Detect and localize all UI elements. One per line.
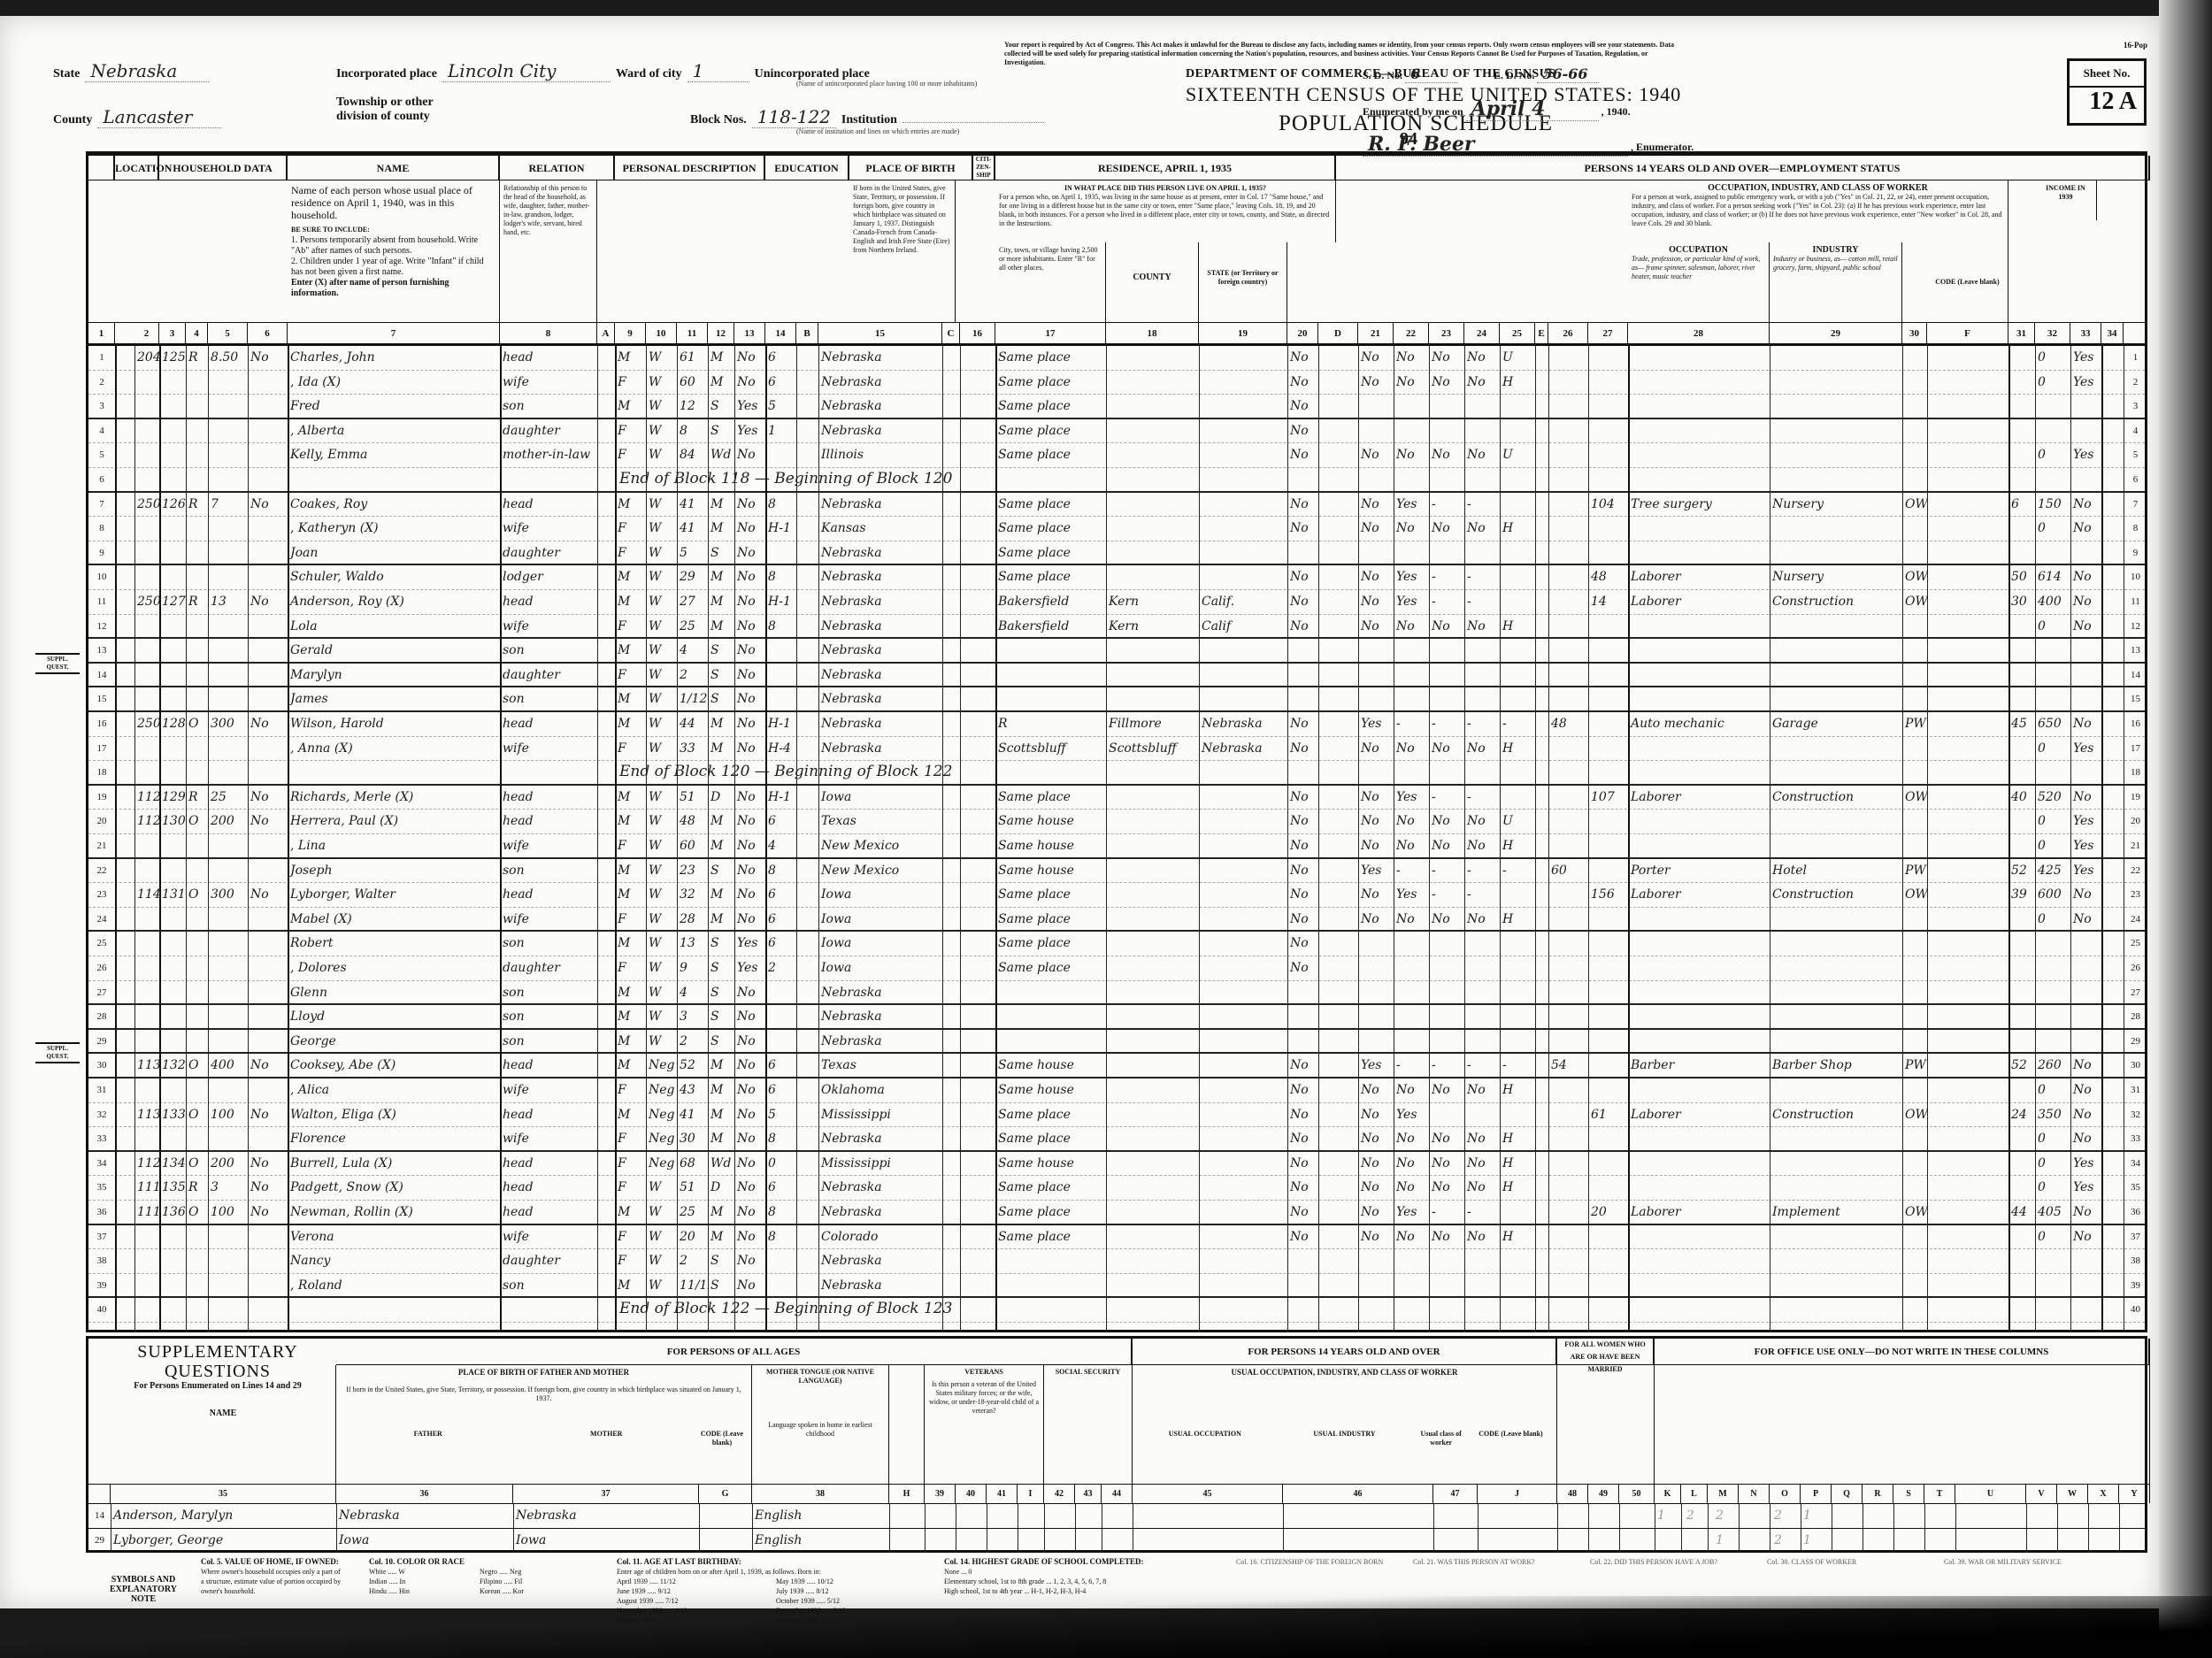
cell-oth — [2070, 1005, 2101, 1028]
cell-res: Same place — [995, 517, 1106, 541]
cell-c22: - — [1394, 859, 1429, 883]
cell-codeE — [1535, 468, 1548, 491]
cell-occ — [1628, 541, 1770, 564]
column-divider — [2035, 346, 2036, 1332]
cell-street — [115, 1201, 134, 1224]
cell-cls — [1902, 1078, 1927, 1102]
cell-house: 1136 — [134, 1054, 159, 1077]
cell-codeE — [1535, 932, 1548, 956]
cell-hrs — [1588, 468, 1628, 491]
cell-occ — [1628, 517, 1770, 541]
cell-county — [1106, 908, 1199, 931]
cell-birth: Nebraska — [818, 737, 942, 761]
cell-wkd — [1548, 639, 1588, 662]
line-number: 40 — [88, 1298, 115, 1322]
cell-race: W — [646, 1249, 677, 1273]
scan-shadow — [0, 1596, 2212, 1658]
cell-birth: Nebraska — [818, 1249, 942, 1273]
column-divider — [1628, 346, 1630, 1332]
cell-farm: No — [248, 1103, 288, 1127]
cell-farm35 — [1287, 1005, 1318, 1028]
cell-own: R — [186, 1176, 208, 1200]
cell-inc: 0 — [2035, 517, 2070, 541]
cell-farm35: No — [1287, 395, 1318, 418]
cell-grade: 8 — [765, 493, 796, 517]
cell-farm: No — [248, 786, 288, 810]
column-divider — [1832, 1504, 1832, 1528]
cell-farm — [248, 1127, 288, 1150]
cell-race: W — [646, 859, 677, 883]
cell-value — [208, 541, 248, 564]
cell-c21 — [1358, 1249, 1394, 1273]
sd-value: 6 — [1405, 65, 1458, 83]
cell-c22: No — [1394, 1078, 1429, 1102]
supp-row: 14Anderson, MarylynNebraskaNebraskaEngli… — [88, 1503, 2145, 1528]
cell-rel: head — [500, 1103, 597, 1127]
column-divider — [2057, 1504, 2058, 1528]
cell-codeD — [1318, 1030, 1358, 1053]
column-divider — [2026, 1529, 2027, 1553]
cell-age: 3 — [677, 1005, 708, 1028]
cell-farmsched — [2101, 956, 2124, 980]
line-number: 18 — [88, 761, 115, 784]
cell-ind — [1770, 395, 1902, 418]
cell-res — [995, 1274, 1106, 1297]
supp-social-security-header: SOCIAL SECURITY — [1044, 1365, 1133, 1484]
cell-county — [1106, 443, 1199, 467]
cell-sex: F — [615, 664, 646, 687]
cell-c24 — [1464, 761, 1500, 784]
cell-birth: Mississippi — [818, 1152, 942, 1176]
line-number: 16 — [2124, 712, 2147, 736]
cell-codeF — [1927, 1249, 2008, 1273]
cell-oth — [2070, 981, 2101, 1004]
column-divider — [2119, 1529, 2120, 1553]
cell-mar: S — [708, 956, 734, 980]
cell-occ — [1628, 1030, 1770, 1053]
column-number: 8 — [500, 323, 597, 344]
cell-c25 — [1500, 565, 1535, 589]
cell-wkd — [1548, 1127, 1588, 1150]
cell-rel: head — [500, 810, 597, 833]
cell-mar: M — [708, 493, 734, 517]
cell-hrs — [1588, 1249, 1628, 1273]
cell-own: O — [186, 1103, 208, 1127]
cell-name: , Anna (X) — [288, 737, 500, 761]
cell-own — [186, 419, 208, 443]
cell-sex: F — [615, 1078, 646, 1102]
cell-rel: daughter — [500, 664, 597, 687]
cell-c23: No — [1429, 810, 1464, 833]
table-row: 3FredsonMW12SYes5NebraskaSame placeNo3 — [88, 395, 2145, 419]
cell-c22 — [1394, 932, 1429, 956]
cell-cit — [960, 908, 995, 931]
cell-cls — [1902, 908, 1927, 931]
cell-farm — [248, 371, 288, 395]
cell-farm: No — [248, 590, 288, 614]
column-number: A — [597, 323, 615, 344]
cell-sch: No — [734, 541, 765, 564]
line-number: 28 — [2124, 1005, 2147, 1028]
cell-farmsched — [2101, 468, 2124, 491]
cell-age: 12 — [677, 395, 708, 418]
cell-c23 — [1429, 932, 1464, 956]
cell-race: W — [646, 1030, 677, 1053]
cell-birth: Nebraska — [818, 1127, 942, 1150]
cell-wk — [2008, 639, 2035, 662]
column-number: F — [1927, 323, 2008, 344]
cell-codeE — [1535, 1298, 1548, 1322]
cell-street — [115, 1005, 134, 1028]
cell-sch: No — [734, 1005, 765, 1028]
cell-hh: 125 — [159, 346, 186, 370]
cell-cls — [1902, 1274, 1927, 1297]
cell-cls — [1902, 395, 1927, 418]
line-number: 17 — [88, 737, 115, 761]
cell-codeB — [796, 1078, 818, 1102]
legend-col21: Col. 21. WAS THIS PERSON AT WORK? — [1413, 1557, 1572, 1567]
cell-oth: Yes — [2070, 737, 2101, 761]
cell-codeA — [597, 834, 615, 857]
cell-codeE — [1535, 956, 1548, 980]
cell-rel: head — [500, 1176, 597, 1200]
cell-sex: M — [615, 712, 646, 736]
cell-codeF — [1927, 908, 2008, 931]
cell-codeD — [1318, 371, 1358, 395]
cell-codeF — [1927, 590, 2008, 614]
cell-codeE — [1535, 859, 1548, 883]
cell-name: Marylyn — [288, 664, 500, 687]
column-number: 1 — [88, 323, 115, 344]
cell-sch: No — [734, 371, 765, 395]
cell-rel: daughter — [500, 1249, 597, 1273]
cell-own — [186, 932, 208, 956]
cell-rel: wife — [500, 737, 597, 761]
cell-wkd — [1548, 1274, 1588, 1297]
cell-inc — [2035, 1249, 2070, 1273]
cell-cit — [960, 956, 995, 980]
cell-race: W — [646, 615, 677, 638]
cell-house — [134, 859, 159, 883]
column-divider — [2026, 1504, 2027, 1528]
cell-farmsched — [2101, 883, 2124, 907]
cell-codeC — [942, 371, 960, 395]
cell-street — [115, 395, 134, 418]
cell-inc — [2035, 639, 2070, 662]
race-code: Hindu ..... Hin — [369, 1586, 462, 1596]
cell-c24: - — [1464, 565, 1500, 589]
cell-birth: Nebraska — [818, 1201, 942, 1224]
cell-race: W — [646, 1274, 677, 1297]
cell-county — [1106, 1201, 1199, 1224]
cell-county — [1106, 565, 1199, 589]
table-row: 10Schuler, WaldolodgerMW29MNo8NebraskaSa… — [88, 565, 2145, 590]
cell-sch: No — [734, 1103, 765, 1127]
cell-c21: Yes — [1358, 712, 1394, 736]
cell-codeE — [1535, 1176, 1548, 1200]
cell-codeA — [597, 1152, 615, 1176]
cell-codeA — [597, 443, 615, 467]
table-row: 14MarylyndaughterFW2SNoNebraska14 — [88, 664, 2145, 688]
group-personal: PERSONAL DESCRIPTION — [615, 156, 765, 180]
cell-farmsched — [2101, 981, 2124, 1004]
cell-codeD — [1318, 1127, 1358, 1150]
cell-own — [186, 468, 208, 491]
cell-house — [134, 639, 159, 662]
column-divider — [1770, 1504, 1770, 1528]
race-code: Korean ..... Kor — [480, 1586, 572, 1596]
cell-hrs — [1588, 1176, 1628, 1200]
cell-cit — [960, 664, 995, 687]
cell-hrs — [1588, 371, 1628, 395]
cell-mar: M — [708, 1225, 734, 1249]
cell-ind: Barber Shop — [1770, 1054, 1902, 1077]
cell-farm35 — [1287, 687, 1318, 710]
cell-mar: S — [708, 1030, 734, 1053]
cell-sch: No — [734, 517, 765, 541]
cell-county — [1106, 1103, 1199, 1127]
cell-birth: Nebraska — [818, 371, 942, 395]
cell-codeA — [597, 1298, 615, 1322]
cell-codeD — [1318, 395, 1358, 418]
column-divider — [1464, 346, 1465, 1332]
cell-farmsched — [2101, 371, 2124, 395]
column-divider — [1588, 1504, 1589, 1528]
cell-codeA — [597, 956, 615, 980]
cell-hh: 135 — [159, 1176, 186, 1200]
cell-codeD — [1318, 834, 1358, 857]
table-row: 5Kelly, Emmamother-in-lawFW84WdNoIllinoi… — [88, 443, 2145, 468]
cell-c21: Yes — [1358, 1054, 1394, 1077]
column-divider — [1044, 1504, 1045, 1528]
cell-sch: No — [734, 1127, 765, 1150]
cell-grade: 4 — [765, 834, 796, 857]
cell-mar: S — [708, 687, 734, 710]
cell-res: Same place — [995, 1103, 1106, 1127]
supp-office-code: 1 — [1801, 1504, 1830, 1528]
line-number: 24 — [88, 908, 115, 931]
line-number: 37 — [88, 1225, 115, 1249]
cell-ind: Construction — [1770, 1103, 1902, 1127]
cell-res: Same place — [995, 346, 1106, 370]
column-divider — [1199, 346, 1200, 1332]
cell-codeE — [1535, 541, 1548, 564]
column-number: 27 — [1588, 323, 1628, 344]
cell-codeD — [1318, 810, 1358, 833]
cell-codeA — [597, 468, 615, 491]
cell-codeE — [1535, 908, 1548, 931]
column-divider — [708, 346, 709, 1332]
column-divider — [1283, 1529, 1284, 1553]
supp-column-number: 43 — [1075, 1484, 1102, 1503]
cell-occ — [1628, 932, 1770, 956]
cell-name: Lola — [288, 615, 500, 638]
column-number: 21 — [1358, 323, 1394, 344]
cell-sex: M — [615, 883, 646, 907]
cell-c21: No — [1358, 1152, 1394, 1176]
cell-res: Same house — [995, 1078, 1106, 1102]
cell-state — [1199, 834, 1287, 857]
cell-farm — [248, 1030, 288, 1053]
group-birth: PLACE OF BIRTH — [849, 156, 973, 180]
cell-codeA — [597, 493, 615, 517]
cell-inc — [2035, 687, 2070, 710]
cell-own — [186, 1127, 208, 1150]
cell-county — [1106, 761, 1199, 784]
cell-own — [186, 981, 208, 1004]
age-code: June 1939 ..... 9/12 — [617, 1586, 758, 1596]
line-number: 38 — [2124, 1249, 2147, 1273]
cell-race: W — [646, 737, 677, 761]
cell-mar: M — [708, 565, 734, 589]
cell-farm — [248, 859, 288, 883]
column-divider — [987, 1504, 987, 1528]
cell-codeF — [1927, 517, 2008, 541]
cell-value — [208, 1298, 248, 1322]
cell-cit — [960, 371, 995, 395]
cell-age: 61 — [677, 346, 708, 370]
cell-res: Same place — [995, 443, 1106, 467]
cell-hrs: 61 — [1588, 1103, 1628, 1127]
cell-birth: Nebraska — [818, 419, 942, 443]
column-divider — [159, 346, 161, 1332]
cell-c24: - — [1464, 1054, 1500, 1077]
cell-cls — [1902, 1176, 1927, 1200]
relation-instructions: Relationship of this person to the head … — [500, 180, 597, 322]
column-divider — [752, 1529, 753, 1553]
line-number: 13 — [2124, 639, 2147, 662]
line-number: 39 — [2124, 1274, 2147, 1297]
cell-ind — [1770, 468, 1902, 491]
line-number: 35 — [2124, 1176, 2147, 1200]
cell-own — [186, 834, 208, 857]
cell-inc: 425 — [2035, 859, 2070, 883]
cell-house: 1117 — [134, 1176, 159, 1200]
column-number: 13 — [734, 323, 765, 344]
district-numbers: S. D. No. 6 E. D. No. 56-66 — [1363, 65, 1599, 83]
cell-street — [115, 1078, 134, 1102]
line-number: 25 — [88, 932, 115, 956]
column-divider — [1535, 346, 1536, 1332]
cell-sex: M — [615, 639, 646, 662]
cell-value: 200 — [208, 810, 248, 833]
cell-c21: No — [1358, 371, 1394, 395]
cell-rel: head — [500, 346, 597, 370]
table-row: 191122129R25NoRichards, Merle (X)headMW5… — [88, 786, 2145, 810]
cell-own — [186, 664, 208, 687]
supp-row: 29Lyborger, GeorgeIowaIowaEnglish121 — [88, 1528, 2145, 1553]
table-row: 17, Anna (X)wifeFW33MNoH-4NebraskaScotts… — [88, 737, 2145, 762]
line-number: 5 — [88, 443, 115, 467]
supp-father-birthplace: Iowa — [336, 1529, 513, 1553]
cell-sch: No — [734, 664, 765, 687]
cell-res: Same house — [995, 1054, 1106, 1077]
cell-c25 — [1500, 1249, 1535, 1273]
cell-value — [208, 1030, 248, 1053]
code-header: CODE (Leave blank) — [1927, 242, 2008, 322]
cell-birth: Nebraska — [818, 981, 942, 1004]
cell-codeF — [1927, 346, 2008, 370]
supp-office-code: 1 — [1655, 1504, 1684, 1528]
cell-cit — [960, 1078, 995, 1102]
cell-wk — [2008, 1030, 2035, 1053]
cell-farm — [248, 761, 288, 784]
cell-c22: No — [1394, 908, 1429, 931]
cell-county — [1106, 1030, 1199, 1053]
supp-column-number: 45 — [1133, 1484, 1283, 1503]
cell-codeE — [1535, 1201, 1548, 1224]
cell-c25: H — [1500, 1225, 1535, 1249]
cell-codeA — [597, 883, 615, 907]
cell-codeC — [942, 908, 960, 931]
cell-street — [115, 1274, 134, 1297]
cell-codeD — [1318, 517, 1358, 541]
cell-farm35: No — [1287, 1054, 1318, 1077]
cell-ind — [1770, 419, 1902, 443]
cell-c22: Yes — [1394, 883, 1429, 907]
cell-value — [208, 834, 248, 857]
cell-c23: No — [1429, 737, 1464, 761]
cell-hh — [159, 395, 186, 418]
cell-codeE — [1535, 493, 1548, 517]
column-divider — [796, 346, 797, 1332]
cell-grade: 5 — [765, 1103, 796, 1127]
cell-sex: F — [615, 443, 646, 467]
cell-sex: M — [615, 810, 646, 833]
cell-sch: No — [734, 639, 765, 662]
cell-hh: 130 — [159, 810, 186, 833]
cell-value — [208, 443, 248, 467]
cell-birth: Oklahoma — [818, 1078, 942, 1102]
cell-farmsched — [2101, 1298, 2124, 1322]
cell-codeB — [796, 371, 818, 395]
cell-res — [995, 468, 1106, 491]
cell-wk: 30 — [2008, 590, 2035, 614]
cell-hh — [159, 541, 186, 564]
cell-state — [1199, 1152, 1287, 1176]
column-divider — [677, 346, 678, 1332]
cell-wkd — [1548, 1176, 1588, 1200]
cell-inc: 405 — [2035, 1201, 2070, 1224]
cell-res — [995, 761, 1106, 784]
column-divider — [208, 346, 209, 1332]
age-code: April 1939 ..... 11/12 — [617, 1577, 758, 1586]
cell-res: Bakersfield — [995, 615, 1106, 638]
cell-hh — [159, 664, 186, 687]
cell-cls: PW — [1902, 1054, 1927, 1077]
cell-race: Neg — [646, 1054, 677, 1077]
cell-wkd — [1548, 371, 1588, 395]
cell-age: 68 — [677, 1152, 708, 1176]
cell-age: 23 — [677, 859, 708, 883]
cell-house — [134, 1225, 159, 1249]
cell-cit — [960, 1127, 995, 1150]
cell-c24: No — [1464, 443, 1500, 467]
cell-occ: Laborer — [1628, 1103, 1770, 1127]
cell-codeA — [597, 565, 615, 589]
cell-codeA — [597, 419, 615, 443]
cell-c23 — [1429, 395, 1464, 418]
cell-farmsched — [2101, 1152, 2124, 1176]
cell-rel: son — [500, 1005, 597, 1028]
cell-value: 300 — [208, 712, 248, 736]
cell-rel: head — [500, 493, 597, 517]
cell-hrs — [1588, 346, 1628, 370]
cell-hrs — [1588, 1152, 1628, 1176]
supp-mother-birthplace: Iowa — [513, 1529, 699, 1553]
supp-column-number: J — [1478, 1484, 1557, 1503]
cell-race: W — [646, 956, 677, 980]
